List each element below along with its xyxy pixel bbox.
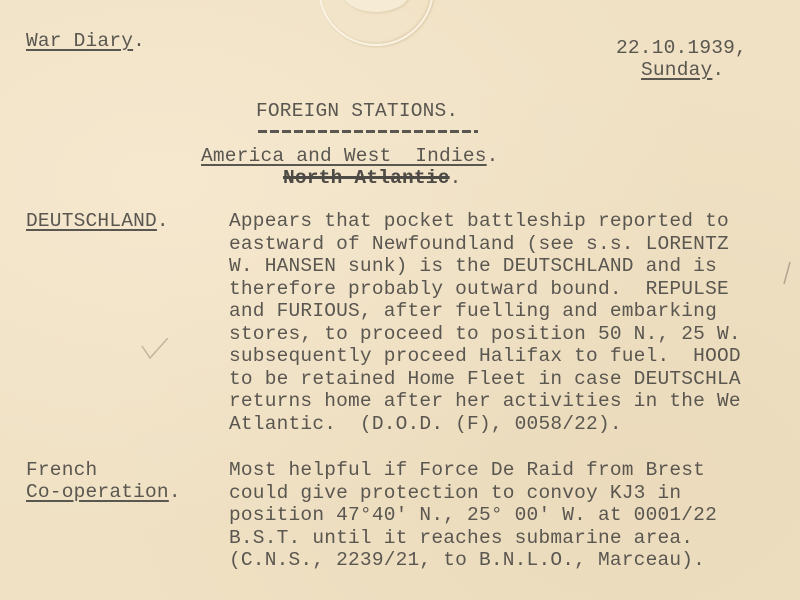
body-line: Most helpful if Force De Raid from Brest (229, 459, 717, 482)
entry-label-cooperation: Co-operation. (26, 481, 181, 504)
struck-heading: North-Atlantic. (283, 167, 462, 190)
section-subheading: America and West Indies. (201, 145, 499, 168)
diary-title: War Diary. (26, 30, 145, 53)
war-diary-page: War Diary. 22.10.1939, Sunday. FOREIGN S… (0, 0, 800, 600)
body-line: position 47°40' N., 25° 00' W. at 0001/2… (229, 504, 717, 527)
pencil-slash-mark-icon (782, 260, 792, 286)
body-line: subsequently proceed Halifax to fuel. HO… (229, 345, 741, 368)
body-line: returns home after her activities in the… (229, 390, 741, 413)
body-line: stores, to proceed to position 50 N., 25… (229, 323, 741, 346)
body-line: to be retained Home Fleet in case DEUTSC… (229, 368, 741, 391)
pencil-tick-mark-icon (140, 338, 170, 360)
body-line: and FURIOUS, after fuelling and embarkin… (229, 300, 741, 323)
section-heading: FOREIGN STATIONS. (256, 100, 458, 123)
body-line: therefore probably outward bound. REPULS… (229, 278, 741, 301)
body-line: could give protection to convoy KJ3 in (229, 482, 717, 505)
embossed-seal-icon (318, 0, 434, 46)
entry-label-french: French (26, 459, 97, 482)
body-line: B.S.T. until it reaches submarine area. (229, 527, 717, 550)
seal-crest (342, 0, 410, 12)
entry-body-french: Most helpful if Force De Raid from Brest… (229, 459, 717, 572)
heading-divider (258, 130, 478, 133)
body-line: (C.N.S., 2239/21, to B.N.L.O., Marceau). (229, 549, 717, 572)
body-line: Atlantic. (D.O.D. (F), 0058/22). (229, 413, 741, 436)
body-line: eastward of Newfoundland (see s.s. LOREN… (229, 233, 741, 256)
entry-body-deutschland: Appears that pocket battleship reported … (229, 210, 741, 435)
body-line: Appears that pocket battleship reported … (229, 210, 741, 233)
diary-weekday: Sunday. (641, 59, 724, 82)
entry-label-deutschland: DEUTSCHLAND. (26, 210, 169, 233)
diary-date: 22.10.1939, (616, 37, 747, 60)
body-line: W. HANSEN sunk) is the DEUTSCHLAND and i… (229, 255, 741, 278)
